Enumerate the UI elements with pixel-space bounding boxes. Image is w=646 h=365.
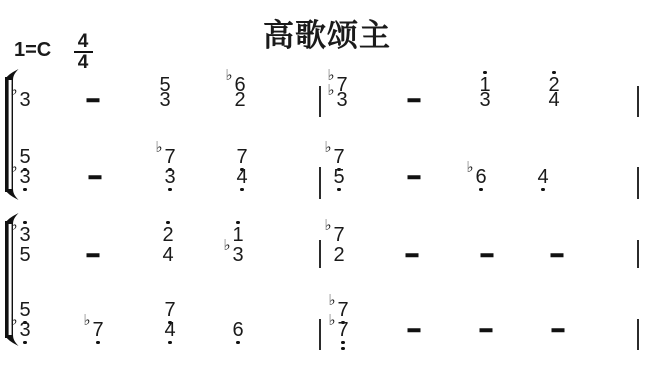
note-digit: 3 (164, 167, 176, 187)
octave-dot-above (166, 221, 169, 224)
sustain-dash (87, 253, 100, 257)
note-digit: 4 (548, 90, 560, 110)
note-digit: 5 (19, 147, 31, 167)
key-signature: 1=C (14, 39, 51, 62)
note-digit: 7♭ (333, 225, 345, 245)
sustain-dash (408, 98, 421, 102)
time-signature-denominator: 4 (71, 54, 95, 71)
barline (319, 167, 321, 199)
time-signature-numerator: 4 (71, 33, 95, 50)
note-digit: 4 (162, 245, 174, 265)
note-digit: 5 (333, 167, 345, 187)
barline (319, 319, 321, 350)
octave-dot-below (240, 188, 243, 191)
octave-dot-above (23, 221, 26, 224)
octave-dot-below (341, 347, 344, 350)
octave-dot-below (541, 188, 544, 191)
note-digit: 3♭ (19, 320, 31, 340)
barline (637, 240, 639, 268)
octave-dot-below (341, 341, 344, 344)
flat-sign: ♭ (155, 141, 163, 155)
note-digit: 5 (19, 245, 31, 265)
flat-sign: ♭ (83, 314, 91, 328)
note-digit: 3♭ (336, 90, 348, 110)
note-digit: 3 (159, 90, 171, 110)
octave-dot-below (236, 341, 239, 344)
note-digit: 5 (19, 300, 31, 320)
sustain-dash (408, 328, 421, 332)
flat-sign: ♭ (10, 219, 18, 233)
sustain-dash (480, 328, 493, 332)
note-digit: 7♭ (337, 300, 349, 320)
note-digit: 3♭ (232, 245, 244, 265)
flat-sign: ♭ (223, 239, 231, 253)
flat-sign: ♭ (466, 161, 474, 175)
flat-sign: ♭ (328, 314, 336, 328)
note-digit: 4 (537, 167, 549, 187)
octave-dot-below (96, 341, 99, 344)
song-title: 高歌颂主 (263, 10, 391, 55)
note-digit: 4 (164, 320, 176, 340)
sustain-dash (406, 253, 419, 257)
flat-sign: ♭ (10, 314, 18, 328)
note-digit: 6 (232, 320, 244, 340)
flat-sign: ♭ (327, 84, 335, 98)
flat-sign: ♭ (225, 69, 233, 83)
note-digit: 2 (234, 90, 246, 110)
flat-sign: ♭ (324, 219, 332, 233)
flat-sign: ♭ (328, 294, 336, 308)
note-digit: 3♭ (19, 167, 31, 187)
note-digit: 3♭ (19, 90, 31, 110)
barline (319, 240, 321, 268)
flat-sign: ♭ (324, 141, 332, 155)
sustain-dash (89, 175, 102, 179)
note-digit: 3♭ (19, 225, 31, 245)
octave-dot-above (236, 221, 239, 224)
octave-dot-above (552, 71, 555, 74)
sustain-dash (87, 98, 100, 102)
barline (319, 86, 321, 117)
octave-dot-above (483, 71, 486, 74)
barline (637, 167, 639, 199)
flat-sign: ♭ (10, 84, 18, 98)
octave-dot-below (168, 188, 171, 191)
sustain-dash (408, 175, 421, 179)
note-digit: 7♭ (164, 147, 176, 167)
note-digit: 7 (164, 300, 176, 320)
flat-sign: ♭ (327, 69, 335, 83)
sustain-dash (551, 253, 564, 257)
note-digit: 7♭ (92, 320, 104, 340)
note-digit: 3 (479, 90, 491, 110)
flat-sign: ♭ (10, 161, 18, 175)
note-digit: 7 (236, 147, 248, 167)
note-digit: 4 (236, 167, 248, 187)
octave-dot-below (337, 188, 340, 191)
note-digit: 7♭ (333, 147, 345, 167)
sustain-dash (481, 253, 494, 257)
time-signature: 4 4 (71, 33, 95, 71)
note-digit: 2 (162, 225, 174, 245)
octave-dot-below (479, 188, 482, 191)
sheet-music-page: 高歌颂主 1=C 4 4 3♭536♭27♭3♭132453♭7♭3747♭56… (0, 0, 646, 365)
octave-dot-below (23, 188, 26, 191)
note-digit: 7♭ (337, 320, 349, 340)
note-digit: 2 (333, 245, 345, 265)
barline (637, 86, 639, 117)
octave-dot-below (23, 341, 26, 344)
note-digit: 1 (232, 225, 244, 245)
barline (637, 319, 639, 350)
note-digit: 6♭ (475, 167, 487, 187)
sustain-dash (552, 328, 565, 332)
octave-dot-below (168, 341, 171, 344)
